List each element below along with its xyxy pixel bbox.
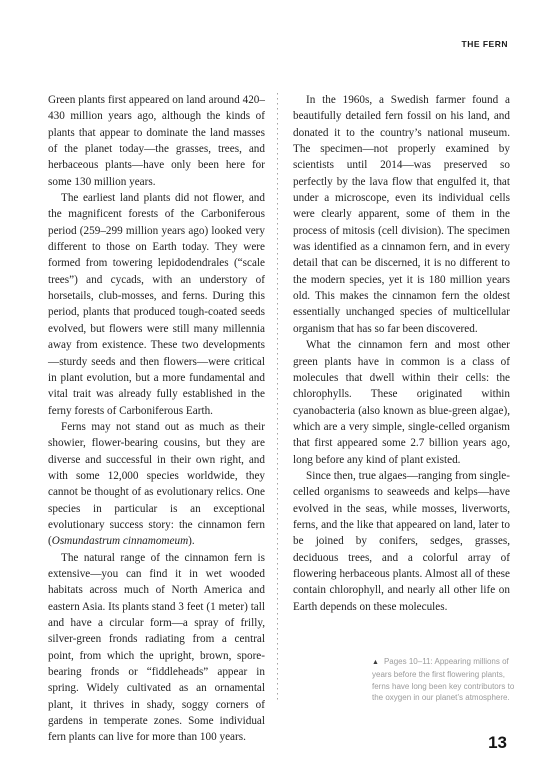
- running-header: THE FERN: [462, 39, 509, 49]
- caption-text: Pages 10–11: Appearing millions of years…: [372, 657, 514, 702]
- photo-caption: ▲Pages 10–11: Appearing millions of year…: [372, 656, 517, 704]
- paragraph: The natural range of the cinnamon fern i…: [48, 550, 265, 746]
- caption-marker-icon: ▲: [372, 659, 379, 666]
- paragraph-text: Ferns may not stand out as much as their…: [48, 421, 265, 547]
- paragraph-text: ).: [188, 535, 195, 547]
- paragraph: What the cinnamon fern and most other gr…: [293, 337, 510, 468]
- species-latin-name: Osmundastrum cinnamomeum: [52, 535, 188, 547]
- book-page: THE FERN Green plants first appeared on …: [0, 0, 560, 774]
- paragraph: Since then, true algaes—ranging from sin…: [293, 468, 510, 615]
- paragraph: The earliest land plants did not flower,…: [48, 190, 265, 419]
- paragraph: Ferns may not stand out as much as their…: [48, 419, 265, 550]
- right-text-column: In the 1960s, a Swedish farmer found a b…: [293, 92, 510, 615]
- page-number: 13: [488, 733, 507, 753]
- column-divider: [277, 93, 278, 702]
- paragraph: In the 1960s, a Swedish farmer found a b…: [293, 92, 510, 337]
- paragraph: Green plants first appeared on land arou…: [48, 92, 265, 190]
- left-text-column: Green plants first appeared on land arou…: [48, 92, 265, 746]
